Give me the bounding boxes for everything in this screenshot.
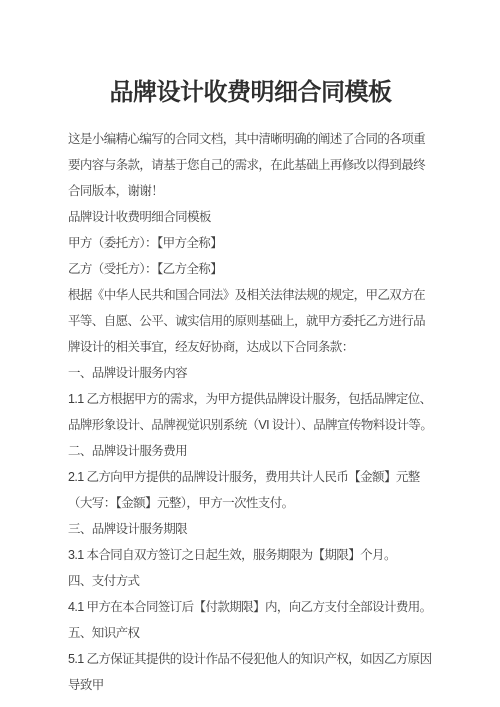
paragraph: 1.1 乙方根据甲方的需求，为甲方提供品牌设计服务，包括品牌定位、品牌形象设计、… [68,386,433,438]
paragraph: 2.1 乙方向甲方提供的品牌设计服务，费用共计人民币【金额】元整（大写：【金额】… [68,464,433,516]
paragraph: 甲方（委托方）：【甲方全称】 [68,230,433,256]
paragraph: 根据《中华人民共和国合同法》及相关法律法规的规定，甲乙双方在平等、自愿、公平、诚… [68,282,433,360]
section-heading: 一、品牌设计服务内容 [68,360,433,386]
section-heading: 二、品牌设计服务费用 [68,438,433,464]
section-heading: 三、品牌设计服务期限 [68,516,433,542]
paragraph: 4.1 甲方在本合同签订后【付款期限】内，向乙方支付全部设计费用。 [68,594,433,620]
paragraph: 品牌设计收费明细合同模板 [68,204,433,230]
paragraph: 3.1 本合同自双方签订之日起生效，服务期限为【期限】个月。 [68,542,433,568]
section-heading: 五、知识产权 [68,620,433,646]
document-title: 品牌设计收费明细合同模板 [68,78,433,108]
section-heading: 四、支付方式 [68,568,433,594]
paragraph: 5.1 乙方保证其提供的设计作品不侵犯他人的知识产权，如因乙方原因导致甲 [68,646,433,698]
paragraph: 乙方（受托方）：【乙方全称】 [68,256,433,282]
paragraph: 这是小编精心编写的合同文档，其中清晰明确的阐述了合同的各项重要内容与条款，请基于… [68,126,433,204]
document-body: 这是小编精心编写的合同文档，其中清晰明确的阐述了合同的各项重要内容与条款，请基于… [68,126,433,698]
contract-document-page: 品牌设计收费明细合同模板 这是小编精心编写的合同文档，其中清晰明确的阐述了合同的… [0,0,500,707]
